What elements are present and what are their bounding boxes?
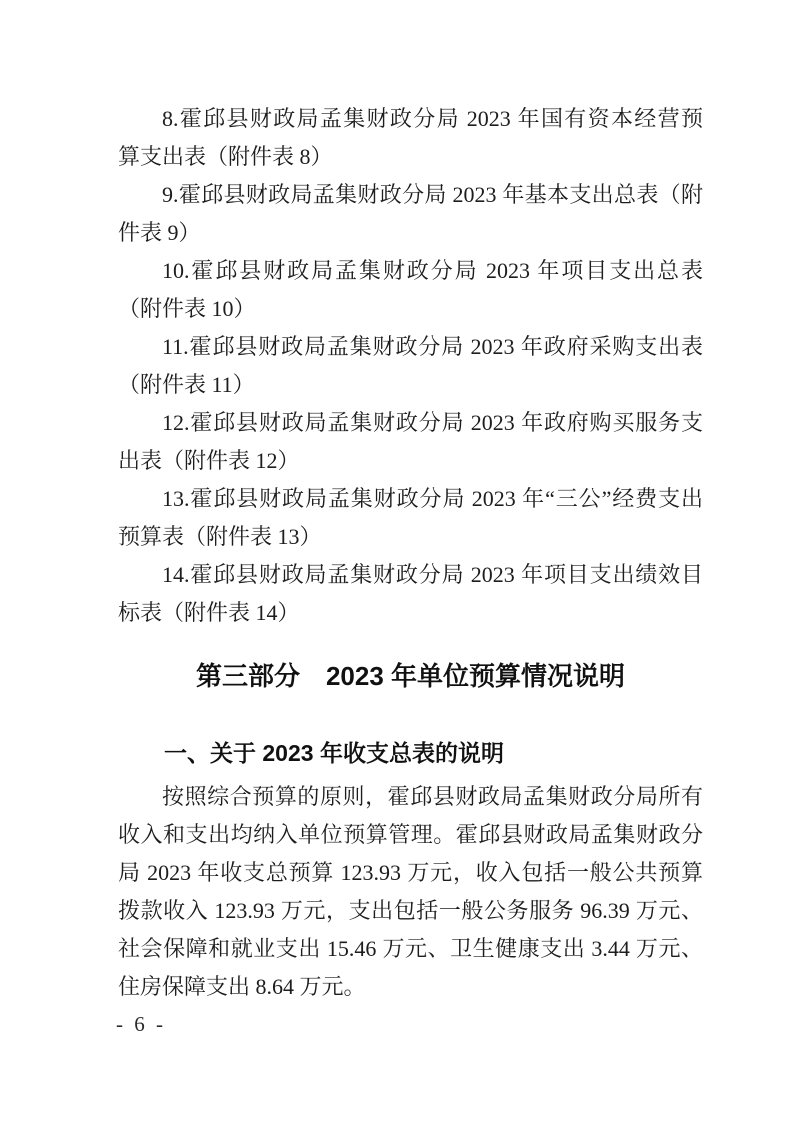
- document-content: 8.霍邱县财政局孟集财政分局 2023 年国有资本经营预 算支出表（附件表 8）…: [118, 100, 703, 1006]
- list-item-line: 13.霍邱县财政局孟集财政分局 2023 年“三公”经费支出: [118, 480, 703, 518]
- list-item-line: 9.霍邱县财政局孟集财政分局 2023 年基本支出总表（附: [118, 176, 703, 214]
- document-page: 8.霍邱县财政局孟集财政分局 2023 年国有资本经营预 算支出表（附件表 8）…: [0, 0, 793, 1122]
- paragraph: 按照综合预算的原则，霍邱县财政局孟集财政分局所有 收入和支出均纳入单位预算管理。…: [118, 778, 703, 1006]
- list-item-line: 12.霍邱县财政局孟集财政分局 2023 年政府购买服务支: [118, 404, 703, 442]
- list-item-line: 14.霍邱县财政局孟集财政分局 2023 年项目支出绩效目: [118, 556, 703, 594]
- page-number: - 6 -: [116, 1012, 166, 1037]
- list-item-line: （附件表 11）: [118, 366, 703, 404]
- paragraph-line: 拨款收入 123.93 万元，支出包括一般公务服务 96.39 万元、: [118, 892, 703, 930]
- list-item-line: 件表 9）: [118, 214, 703, 252]
- list-item-line: 算支出表（附件表 8）: [118, 138, 703, 176]
- list-item-line: 预算表（附件表 13）: [118, 518, 703, 556]
- list-item-line: 11.霍邱县财政局孟集财政分局 2023 年政府采购支出表: [118, 328, 703, 366]
- list-item-line: 10.霍邱县财政局孟集财政分局 2023 年项目支出总表: [118, 252, 703, 290]
- section-title: 第三部分 2023 年单位预算情况说明: [118, 656, 703, 696]
- list-item-line: （附件表 10）: [118, 290, 703, 328]
- list-item-line: 标表（附件表 14）: [118, 594, 703, 632]
- paragraph-line: 收入和支出均纳入单位预算管理。霍邱县财政局孟集财政分: [118, 816, 703, 854]
- list-item-line: 出表（附件表 12）: [118, 442, 703, 480]
- subsection-title: 一、关于 2023 年收支总表的说明: [118, 734, 703, 772]
- paragraph-line: 按照综合预算的原则，霍邱县财政局孟集财政分局所有: [118, 778, 703, 816]
- list-item-line: 8.霍邱县财政局孟集财政分局 2023 年国有资本经营预: [118, 100, 703, 138]
- attachment-list: 8.霍邱县财政局孟集财政分局 2023 年国有资本经营预 算支出表（附件表 8）…: [118, 100, 703, 632]
- paragraph-line: 住房保障支出 8.64 万元。: [118, 968, 703, 1006]
- paragraph-line: 局 2023 年收支总预算 123.93 万元，收入包括一般公共预算: [118, 854, 703, 892]
- paragraph-line: 社会保障和就业支出 15.46 万元、卫生健康支出 3.44 万元、: [118, 930, 703, 968]
